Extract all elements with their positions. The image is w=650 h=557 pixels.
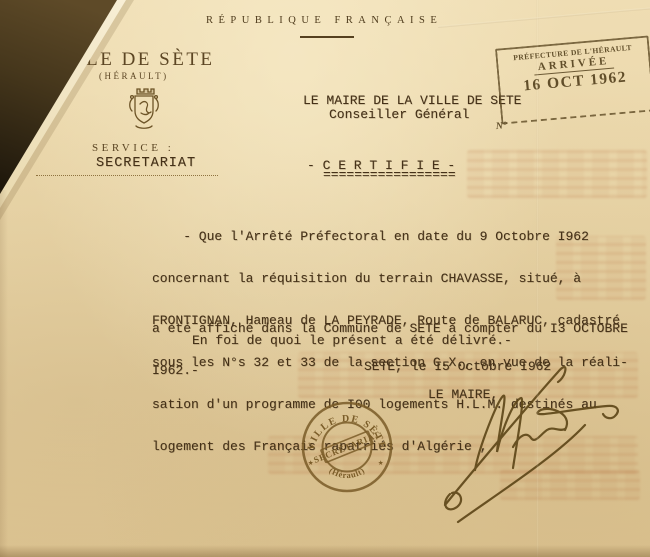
mayor-signature [425, 352, 640, 527]
svg-text:(Hérault): (Hérault) [327, 465, 366, 480]
arrival-stamp-number-label: N° [495, 120, 507, 132]
closing-line: En foi de quoi le présent a été délivré.… [192, 334, 512, 348]
service-divider [36, 175, 218, 176]
republic-underline [300, 36, 354, 38]
round-stamp: VILLE DE SÈTE (Hérault) ★ ★ SECRÉTARIAT [299, 399, 395, 495]
certifies-underline: ================= [323, 169, 456, 180]
round-stamp-bottom-text: (Hérault) [327, 465, 366, 480]
arrival-stamp: PRÉFECTURE DE L'HÉRAULT ARRIVÉE 16 OCT 1… [495, 35, 650, 124]
city-crest-icon [126, 85, 162, 135]
paper-edge-shade [0, 190, 8, 557]
republic-heading: RÉPUBLIQUE FRANÇAISE [206, 15, 442, 26]
star-icon: ★ [378, 458, 384, 468]
paper-crease [438, 7, 650, 28]
paper-edge-shade [0, 545, 650, 557]
title-line2: Conseiller Général [329, 108, 469, 122]
paper-crease [536, 0, 539, 557]
document-page: RÉPUBLIQUE FRANÇAISE LLE DE SÈTE (HÉRAUL… [0, 0, 650, 557]
department-name: (HÉRAULT) [99, 71, 169, 81]
service-value: SECRETARIAT [96, 156, 196, 171]
bleedthrough-smudge [467, 150, 647, 198]
service-label: SERVICE : [92, 142, 174, 154]
title-line1: LE MAIRE DE LA VILLE DE SETE [303, 94, 521, 108]
body-line: - Que l'Arrêté Préfectoral en date du 9 … [152, 230, 628, 244]
body-line: concernant la réquisition du terrain CHA… [152, 272, 628, 286]
